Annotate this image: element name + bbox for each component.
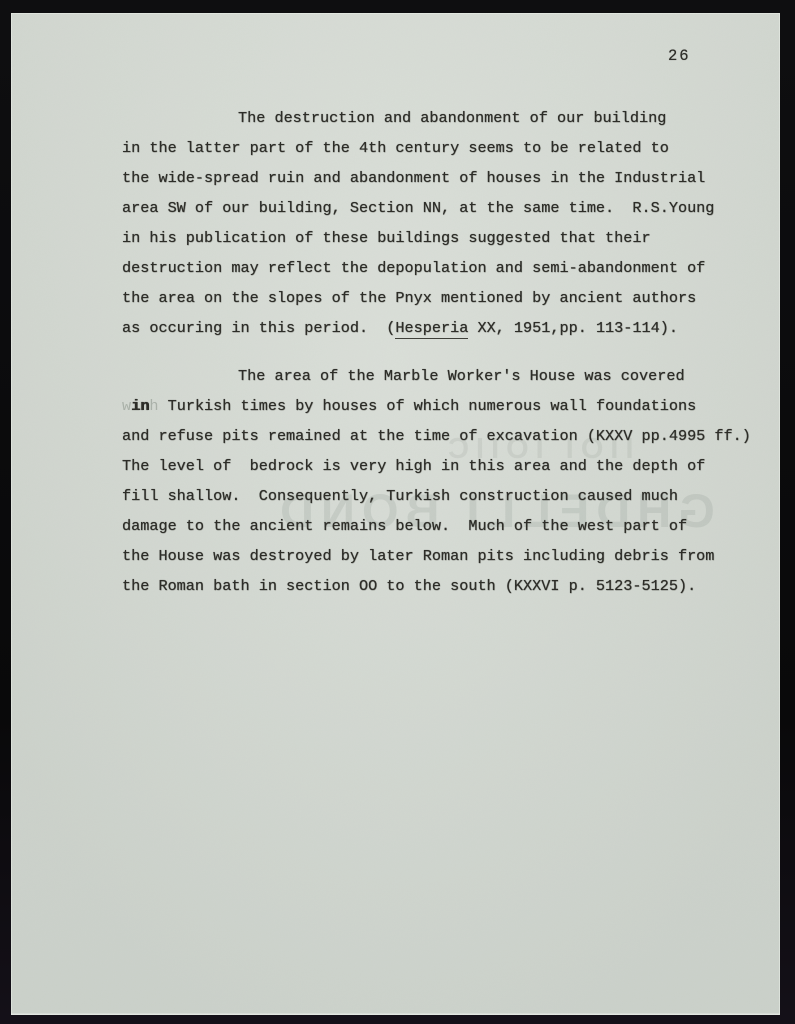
- overstrike-word: in: [131, 397, 149, 415]
- citation-pre-text: as occuring in this period. (: [122, 319, 395, 337]
- citation-post-text: XX, 1951,pp. 113-114).: [468, 319, 678, 337]
- text-line: fill shallow. Consequently, Turkish cons…: [122, 481, 772, 511]
- citation-underlined-title: Hesperia: [395, 319, 468, 339]
- text-line: and refuse pits remained at the time of …: [122, 421, 772, 451]
- text-line: the House was destroyed by later Roman p…: [122, 541, 772, 571]
- text-line: The destruction and abandonment of our b…: [122, 103, 772, 133]
- paragraph-2: The area of the Marble Worker's House wa…: [122, 361, 772, 601]
- page-body: The destruction and abandonment of our b…: [122, 103, 772, 601]
- text-line: area SW of our building, Section NN, at …: [122, 193, 772, 223]
- text-line-citation: as occuring in this period. (Hesperia XX…: [122, 313, 772, 343]
- line-rest-text: Turkish times by houses of which numerou…: [158, 397, 696, 415]
- text-line: in the latter part of the 4th century se…: [122, 133, 772, 163]
- text-line: The area of the Marble Worker's House wa…: [122, 361, 772, 391]
- page-number: 26: [668, 46, 691, 66]
- text-line: the Roman bath in section OO to the sout…: [122, 571, 772, 601]
- paragraph-1: The destruction and abandonment of our b…: [122, 103, 772, 343]
- erased-char-left: w: [122, 397, 131, 415]
- paper-page: IIOI IOIIC GHDELLI BOND 26 The destructi…: [11, 13, 780, 1015]
- text-line: destruction may reflect the depopulation…: [122, 253, 772, 283]
- text-line-overstrike: winh Turkish times by houses of which nu…: [122, 391, 772, 421]
- text-line: The level of bedrock is very high in thi…: [122, 451, 772, 481]
- scan-background: IIOI IOIIC GHDELLI BOND 26 The destructi…: [0, 0, 795, 1024]
- text-line: the area on the slopes of the Pnyx menti…: [122, 283, 772, 313]
- text-line: damage to the ancient remains below. Muc…: [122, 511, 772, 541]
- text-line: in his publication of these buildings su…: [122, 223, 772, 253]
- text-line: the wide-spread ruin and abandonment of …: [122, 163, 772, 193]
